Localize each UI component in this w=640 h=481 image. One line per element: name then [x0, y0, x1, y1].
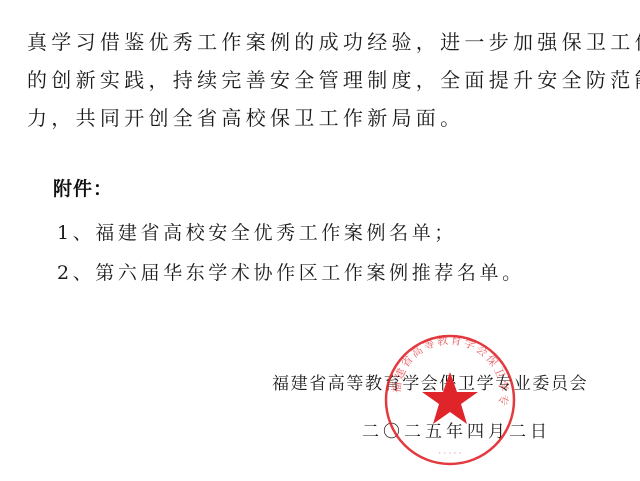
attachment-item-2: 2、第六届华东学术协作区工作案例推荐名单。	[57, 261, 525, 285]
svg-text:· · · · ·: · · · · ·	[439, 449, 462, 458]
body-text-line-1: 真学习借鉴优秀工作案例的成功经验，进一步加强保卫工作	[27, 30, 640, 54]
signature-organization: 福建省高等教育学会保卫学专业委员会	[272, 372, 588, 396]
seal-ring-text: 福建省高等教育学会保卫学专业委员会	[380, 330, 511, 408]
attachments-heading: 附件：	[53, 177, 113, 201]
body-text-line-2: 的创新实践，持续完善安全管理制度，全面提升安全防范能	[27, 68, 640, 92]
attachment-item-1: 1、福建省高校安全优秀工作案例名单；	[57, 221, 457, 245]
signature-date: 二〇二五年四月二日	[362, 420, 551, 444]
body-text-line-3: 力，共同开创全省高校保卫工作新局面。	[27, 106, 464, 130]
svg-text:福建省高等教育学会保卫学专业委员会: 福建省高等教育学会保卫学专业委员会	[380, 330, 511, 408]
official-seal: 福建省高等教育学会保卫学专业委员会 · · · · ·	[380, 330, 520, 470]
